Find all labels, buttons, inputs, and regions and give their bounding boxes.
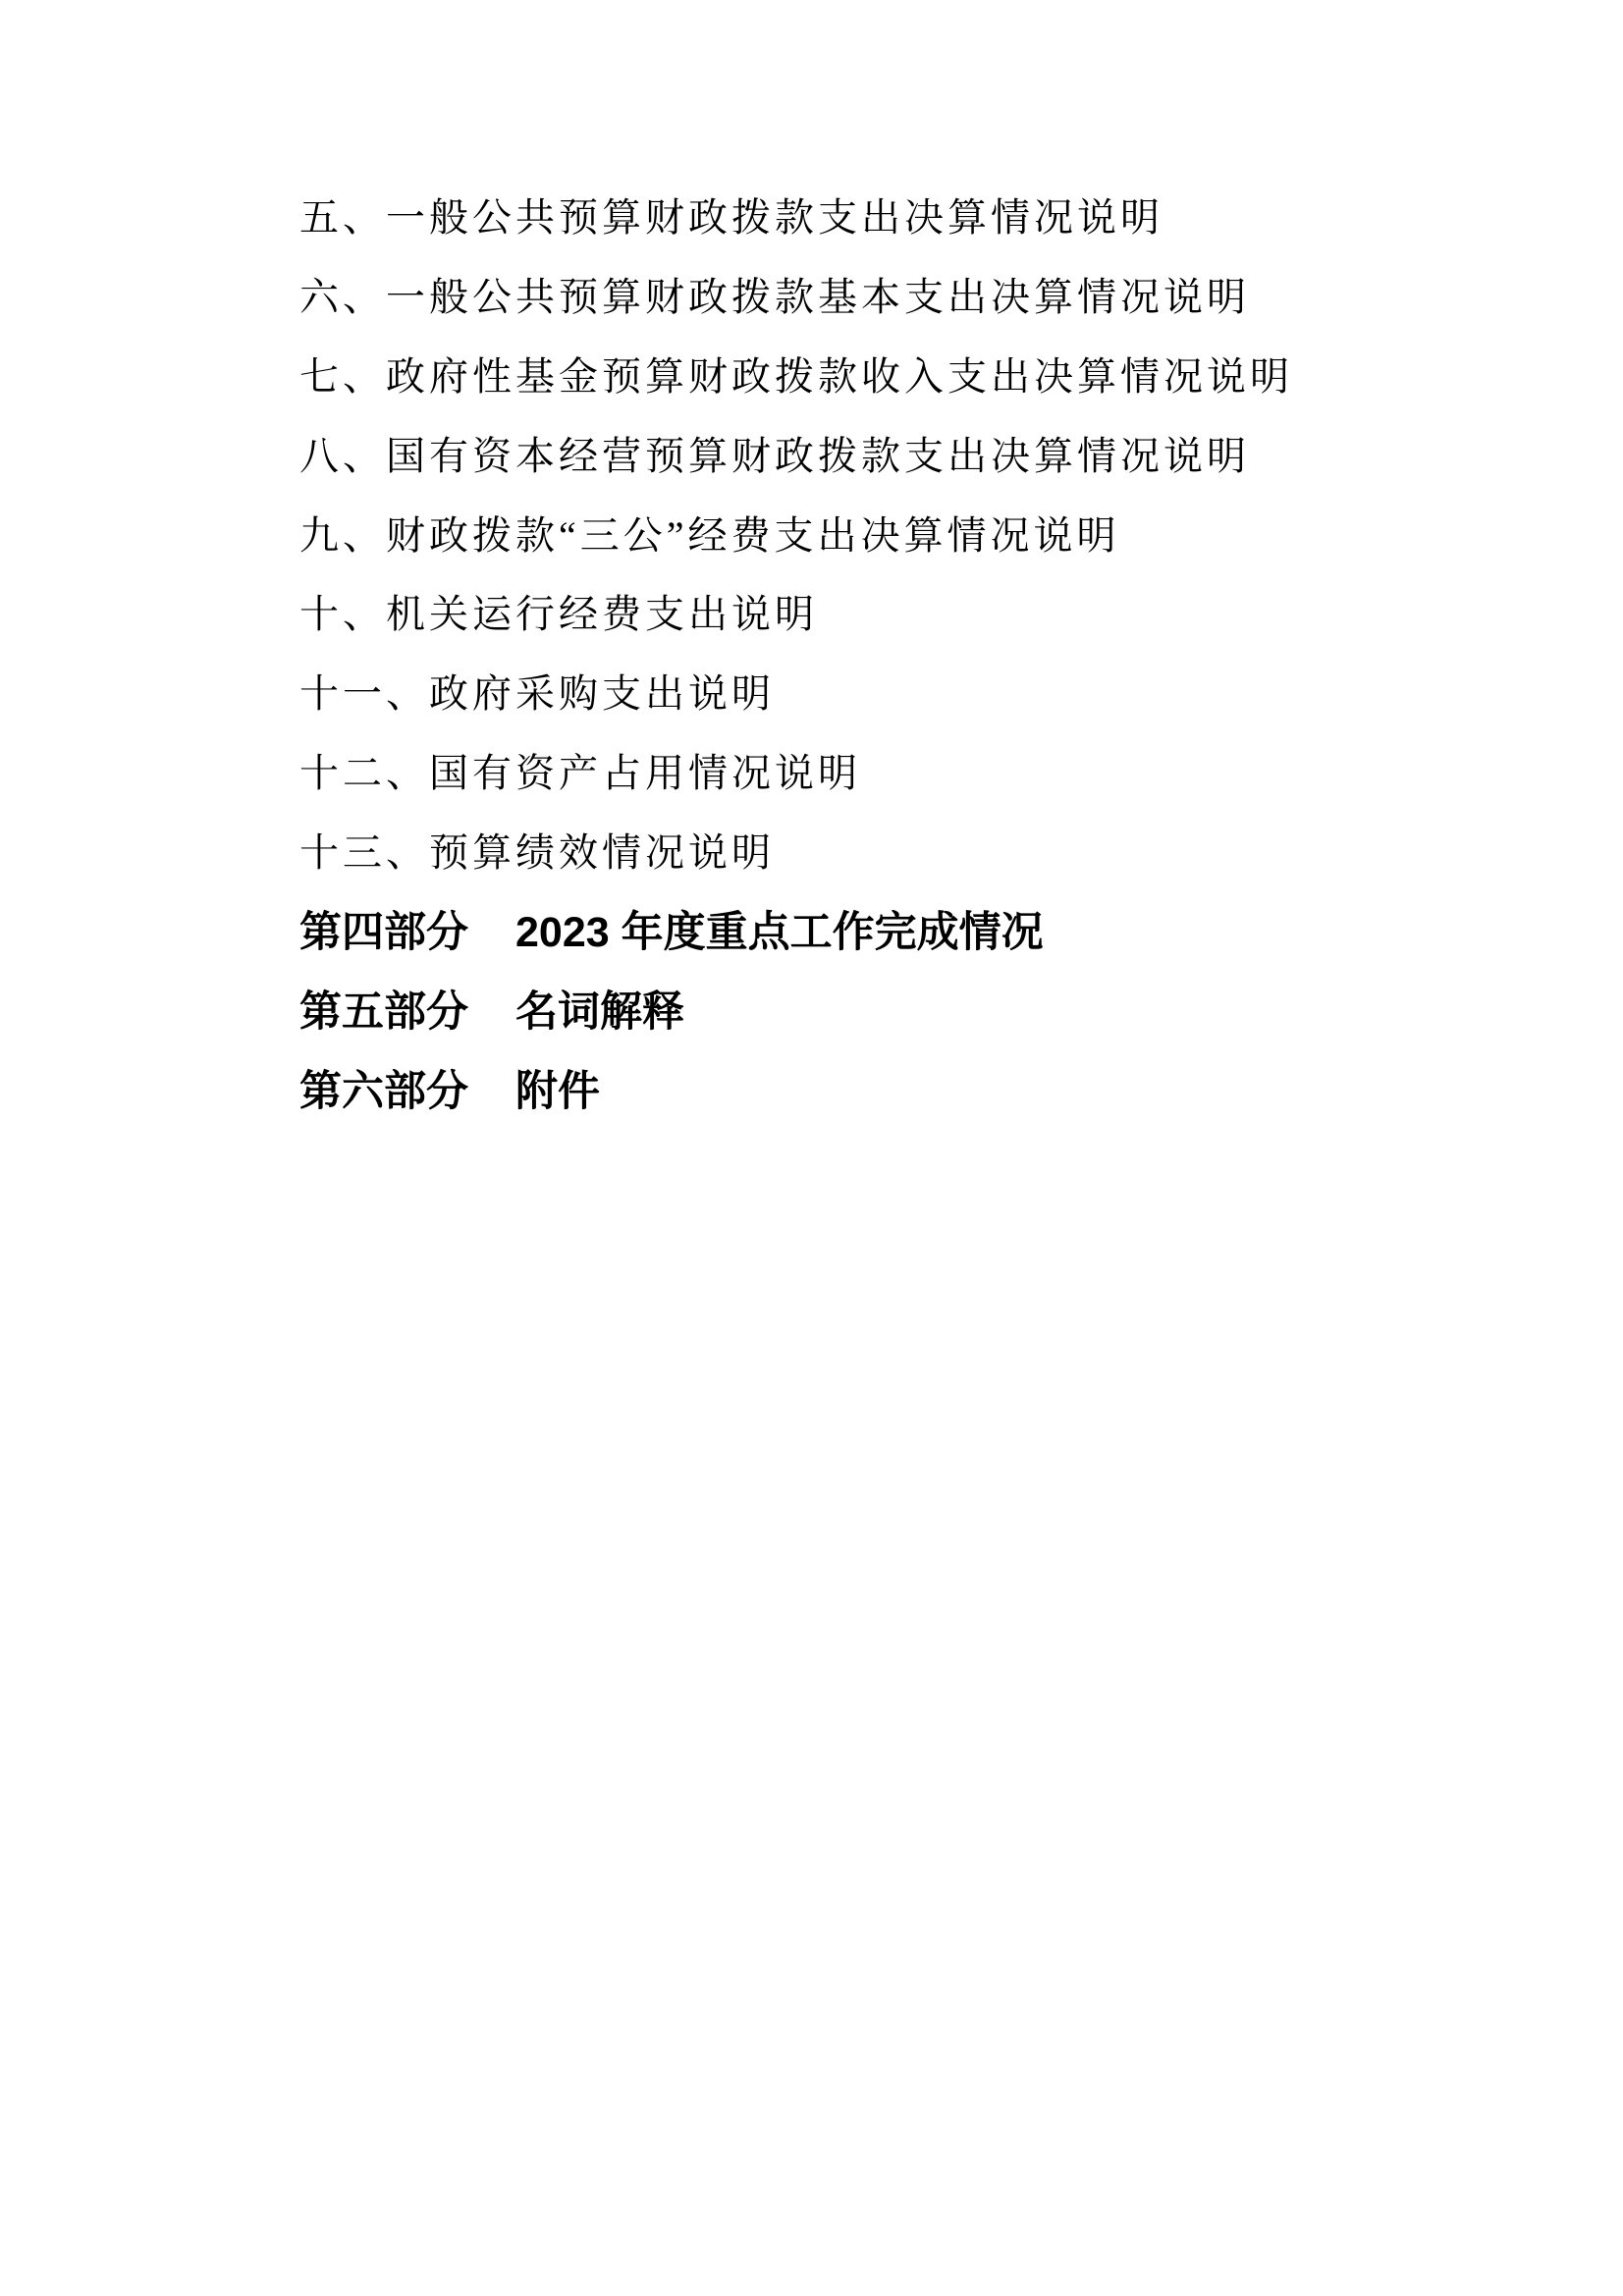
section-label: 第六部分 <box>299 1068 468 1115</box>
toc-item-7: 七、政府性基金预算财政拨款收入支出决算情况说明 <box>299 338 1478 417</box>
section-title: 附件 <box>515 1068 600 1115</box>
table-of-contents: 五、一般公共预算财政拨款支出决算情况说明 六、一般公共预算财政拨款基本支出决算情… <box>299 179 1478 1132</box>
section-label: 第五部分 <box>299 988 468 1036</box>
section-title: 2023 年度重点工作完成情况 <box>515 909 1044 956</box>
toc-item-8: 八、国有资本经营预算财政拨款支出决算情况说明 <box>299 417 1478 497</box>
section-heading-part4: 第四部分2023 年度重点工作完成情况 <box>299 893 1478 973</box>
toc-item-9: 九、财政拨款“三公”经费支出决算情况说明 <box>299 497 1478 576</box>
section-title: 名词解释 <box>515 988 684 1036</box>
toc-item-10: 十、机关运行经费支出说明 <box>299 575 1478 655</box>
section-heading-part5: 第五部分名词解释 <box>299 973 1478 1052</box>
toc-item-5: 五、一般公共预算财政拨款支出决算情况说明 <box>299 179 1478 258</box>
toc-item-6: 六、一般公共预算财政拨款基本支出决算情况说明 <box>299 258 1478 338</box>
toc-item-13: 十三、预算绩效情况说明 <box>299 814 1478 893</box>
section-label: 第四部分 <box>299 909 468 956</box>
document-page: { "page": { "background": "#ffffff", "te… <box>0 0 1623 2296</box>
toc-item-11: 十一、政府采购支出说明 <box>299 655 1478 734</box>
page-background: 五、一般公共预算财政拨款支出决算情况说明 六、一般公共预算财政拨款基本支出决算情… <box>0 0 1623 2296</box>
toc-item-12: 十二、国有资产占用情况说明 <box>299 734 1478 814</box>
section-heading-part6: 第六部分附件 <box>299 1052 1478 1132</box>
